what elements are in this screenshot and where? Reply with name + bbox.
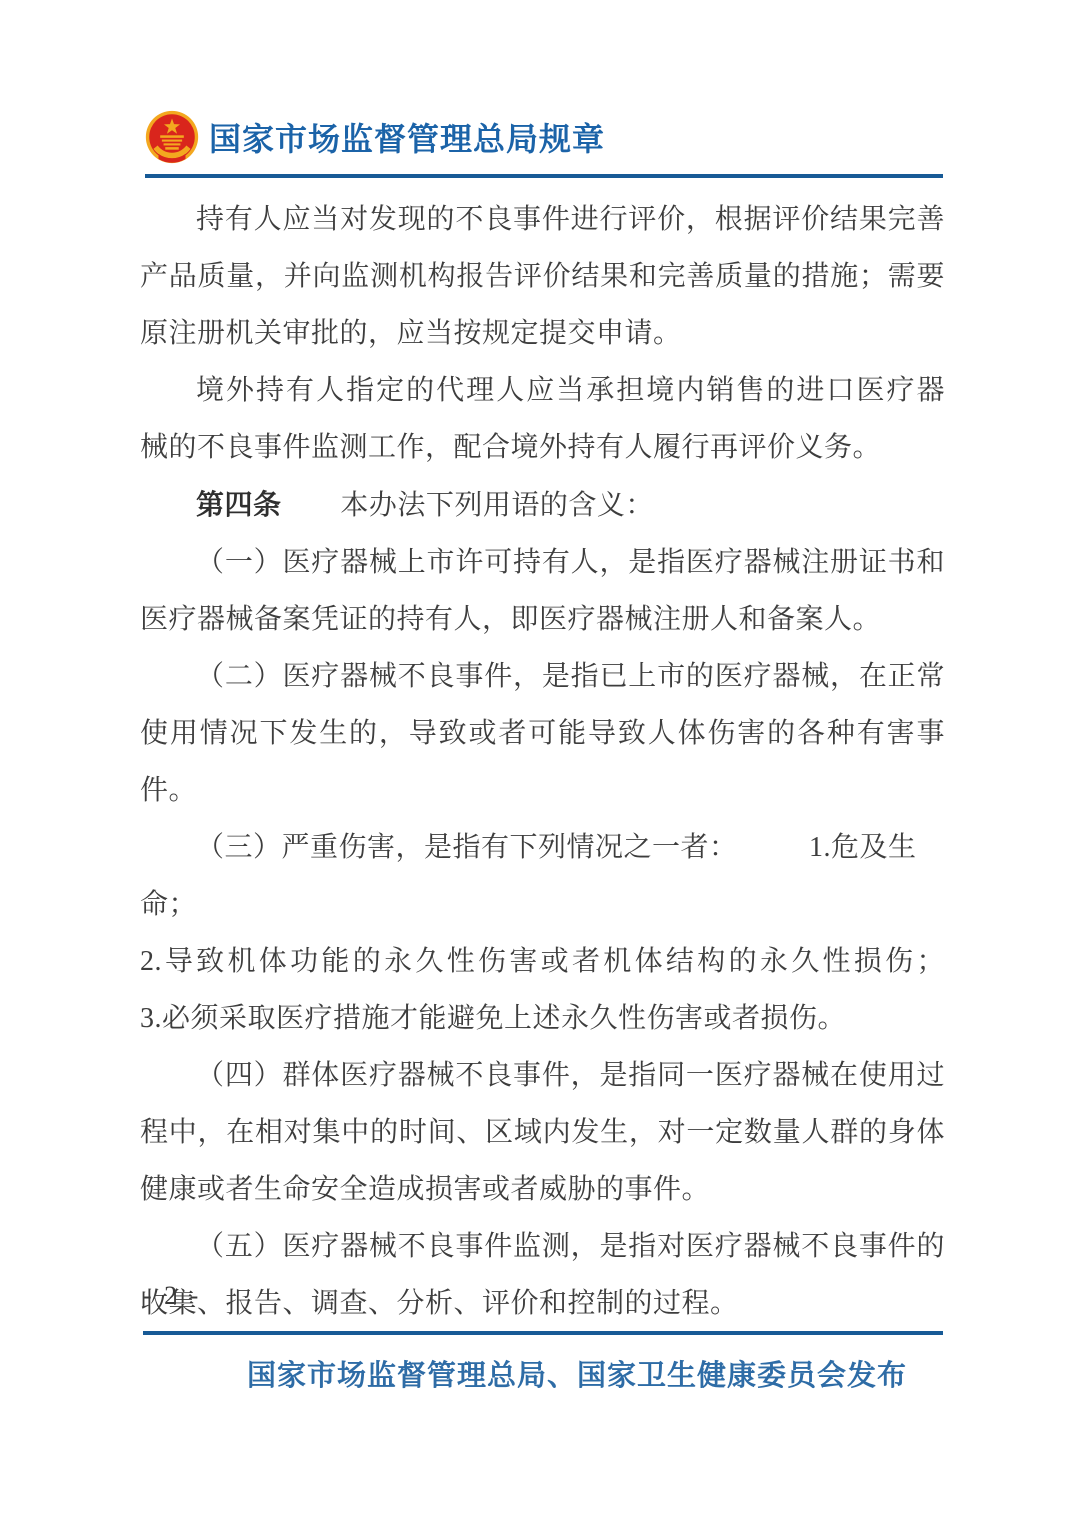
text-line: 健康或者生命安全造成损害或者威胁的事件。 — [140, 1161, 945, 1218]
page-number: - 2 - — [143, 1281, 201, 1311]
paragraph: （五）医疗器械不良事件监测，是指对医疗器械不良事件的收集、报告、调查、分析、评价… — [140, 1218, 945, 1332]
line-text: 本办法下列用语的含义： — [340, 490, 654, 521]
header-divider-line — [145, 174, 943, 178]
paragraph: 持有人应当对发现的不良事件进行评价，根据评价结果完善产品质量，并向监测机构报告评… — [140, 191, 945, 362]
text-line: （四）群体医疗器械不良事件，是指同一医疗器械在使用过 — [140, 1047, 945, 1104]
paragraph: 境外持有人指定的代理人应当承担境内销售的进口医疗器械的不良事件监测工作，配合境外… — [140, 362, 945, 476]
text-line: 3.必须采取医疗措施才能避免上述永久性伤害或者损伤。 — [140, 990, 945, 1047]
footer-divider-line — [143, 1331, 943, 1335]
paragraph: （一）医疗器械上市许可持有人，是指医疗器械注册证书和医疗器械备案凭证的持有人，即… — [140, 534, 945, 648]
paragraph: 第四条本办法下列用语的含义： — [140, 476, 945, 534]
text-line: （五）医疗器械不良事件监测，是指对医疗器械不良事件的 — [140, 1218, 945, 1275]
text-line: 持有人应当对发现的不良事件进行评价，根据评价结果完善 — [140, 191, 945, 248]
text-line: 使用情况下发生的，导致或者可能导致人体伤害的各种有害事 — [140, 705, 945, 762]
paragraph: （四）群体医疗器械不良事件，是指同一医疗器械在使用过程中，在相对集中的时间、区域… — [140, 1047, 945, 1218]
text-line: 原注册机关审批的，应当按规定提交申请。 — [140, 305, 945, 362]
article-number: 第四条 — [196, 489, 282, 520]
paragraph: （二）医疗器械不良事件，是指已上市的医疗器械，在正常使用情况下发生的，导致或者可… — [140, 648, 945, 819]
text-line: （一）医疗器械上市许可持有人，是指医疗器械注册证书和 — [140, 534, 945, 591]
paragraph: （三）严重伤害，是指有下列情况之一者： 1.危及生命；2.导致机体功能的永久性伤… — [140, 819, 945, 1047]
text-line: （二）医疗器械不良事件，是指已上市的医疗器械，在正常 — [140, 648, 945, 705]
text-line: 程中，在相对集中的时间、区域内发生，对一定数量人群的身体 — [140, 1104, 945, 1161]
text-line: 械的不良事件监测工作，配合境外持有人履行再评价义务。 — [140, 419, 945, 476]
text-line: 第四条本办法下列用语的含义： — [140, 476, 945, 534]
publisher-line: 国家市场监督管理总局、国家卫生健康委员会发布 — [143, 1352, 943, 1400]
text-line: 2.导致机体功能的永久性伤害或者机体结构的永久性损伤； — [140, 933, 945, 990]
text-line: 境外持有人指定的代理人应当承担境内销售的进口医疗器 — [140, 362, 945, 419]
document-category-title: 国家市场监督管理总局规章 — [209, 114, 605, 160]
document-body: 持有人应当对发现的不良事件进行评价，根据评价结果完善产品质量，并向监测机构报告评… — [140, 191, 945, 1332]
text-line: 件。 — [140, 762, 945, 819]
text-line: 收集、报告、调查、分析、评价和控制的过程。 — [140, 1275, 945, 1332]
document-header: 国家市场监督管理总局规章 — [145, 110, 943, 164]
text-line: 产品质量，并向监测机构报告评价结果和完善质量的措施；需要 — [140, 248, 945, 305]
china-national-emblem-icon — [145, 110, 199, 164]
text-line: （三）严重伤害，是指有下列情况之一者： 1.危及生命； — [140, 819, 945, 933]
text-line: 医疗器械备案凭证的持有人，即医疗器械注册人和备案人。 — [140, 591, 945, 648]
